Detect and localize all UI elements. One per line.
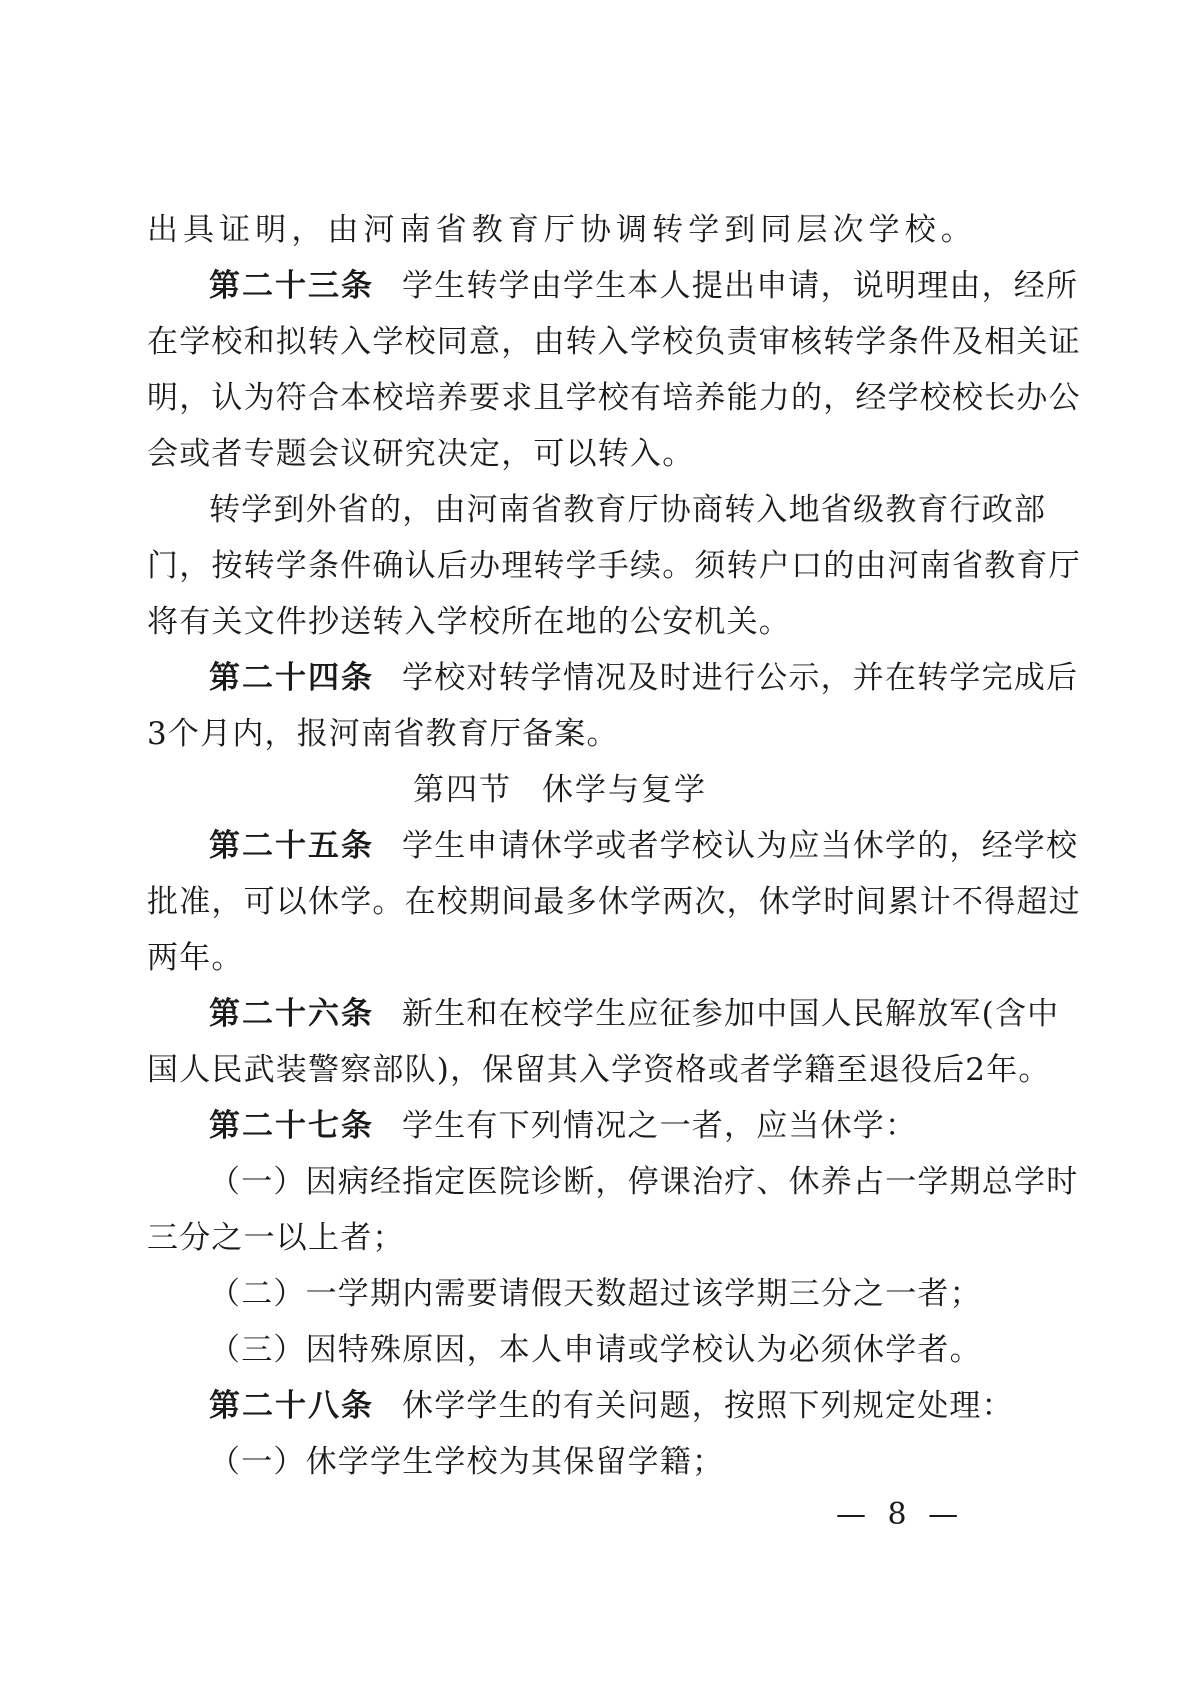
- body-text: （一）因病经指定医院诊断，停课治疗、休养占一学期总学时: [209, 1164, 1078, 1200]
- body-text: 将有关文件抄送转入学校所在地的公安机关。: [147, 604, 791, 640]
- body-text: 三分之一以上者；: [147, 1220, 405, 1256]
- article-24-line: 第二十四条学校对转学情况及时进行公示，并在转学完成后: [147, 650, 973, 706]
- article-number: 第二十六条: [209, 996, 374, 1032]
- page-number: — 8 —: [836, 1495, 964, 1535]
- list-item-line: （一）休学学生学校为其保留学籍；: [147, 1434, 973, 1490]
- article-number: 第二十三条: [209, 268, 374, 304]
- list-item-line: （二）一学期内需要请假天数超过该学期三分之一者；: [147, 1266, 973, 1322]
- paragraph-line: 3个月内，报河南省教育厅备案。: [147, 706, 973, 762]
- paragraph-line: 出具证明，由河南省教育厅协调转学到同层次学校。: [147, 202, 973, 258]
- paragraph-line: 明，认为符合本校培养要求且学校有培养能力的，经学校校长办公: [147, 370, 973, 426]
- body-text: 3个月内，报河南省教育厅备案。: [147, 716, 619, 752]
- article-number: 第二十五条: [209, 828, 374, 864]
- paragraph-line: 两年。: [147, 930, 973, 986]
- paragraph-line: 将有关文件抄送转入学校所在地的公安机关。: [147, 594, 973, 650]
- document-page: 出具证明，由河南省教育厅协调转学到同层次学校。 第二十三条学生转学由学生本人提出…: [147, 202, 973, 1490]
- body-text: 新生和在校学生应征参加中国人民解放军(含中: [402, 996, 1059, 1032]
- body-text: 学校对转学情况及时进行公示，并在转学完成后: [402, 660, 1078, 696]
- body-text: 两年。: [147, 940, 244, 976]
- paragraph-line: 会或者专题会议研究决定，可以转入。: [147, 426, 973, 482]
- section-title: 第四节: [413, 772, 512, 808]
- article-number: 第二十八条: [209, 1388, 374, 1424]
- paragraph-line: 三分之一以上者；: [147, 1210, 973, 1266]
- list-item-line: （三）因特殊原因，本人申请或学校认为必须休学者。: [147, 1322, 973, 1378]
- body-text: 学生申请休学或者学校认为应当休学的，经学校: [402, 828, 1078, 864]
- body-text: （三）因特殊原因，本人申请或学校认为必须休学者。: [209, 1332, 982, 1368]
- body-text: 明，认为符合本校培养要求且学校有培养能力的，经学校校长办公: [147, 380, 1081, 416]
- list-item-line: （一）因病经指定医院诊断，停课治疗、休养占一学期总学时: [147, 1154, 973, 1210]
- section-subtitle: 休学与复学: [542, 772, 707, 808]
- body-text: 学生有下列情况之一者，应当休学：: [402, 1108, 917, 1144]
- article-25-line: 第二十五条学生申请休学或者学校认为应当休学的，经学校: [147, 818, 973, 874]
- article-28-line: 第二十八条休学学生的有关问题，按照下列规定处理：: [147, 1378, 973, 1434]
- body-text: 批准，可以休学。在校期间最多休学两次，休学时间累计不得超过: [147, 884, 1081, 920]
- body-text: 学生转学由学生本人提出申请，说明理由，经所: [402, 268, 1078, 304]
- article-number: 第二十四条: [209, 660, 374, 696]
- body-text: （一）休学学生学校为其保留学籍；: [209, 1444, 724, 1480]
- body-text: 出具证明，由河南省教育厅协调转学到同层次学校。: [147, 212, 973, 248]
- paragraph-line: 转学到外省的，由河南省教育厅协商转入地省级教育行政部: [147, 482, 973, 538]
- paragraph-line: 在学校和拟转入学校同意，由转入学校负责审核转学条件及相关证: [147, 314, 973, 370]
- paragraph-line: 批准，可以休学。在校期间最多休学两次，休学时间累计不得超过: [147, 874, 973, 930]
- article-23-line: 第二十三条学生转学由学生本人提出申请，说明理由，经所: [147, 258, 973, 314]
- body-text: 休学学生的有关问题，按照下列规定处理：: [402, 1388, 1014, 1424]
- paragraph-line: 门，按转学条件确认后办理转学手续。须转户口的由河南省教育厅: [147, 538, 973, 594]
- article-number: 第二十七条: [209, 1108, 374, 1144]
- body-text: 在学校和拟转入学校同意，由转入学校负责审核转学条件及相关证: [147, 324, 1081, 360]
- body-text: （二）一学期内需要请假天数超过该学期三分之一者；: [209, 1276, 982, 1312]
- paragraph-line: 国人民武装警察部队)，保留其入学资格或者学籍至退役后2年。: [147, 1042, 973, 1098]
- body-text: 国人民武装警察部队)，保留其入学资格或者学籍至退役后2年。: [147, 1052, 1051, 1088]
- body-text: 门，按转学条件确认后办理转学手续。须转户口的由河南省教育厅: [147, 548, 1081, 584]
- section-heading: 第四节休学与复学: [147, 762, 973, 818]
- article-27-line: 第二十七条学生有下列情况之一者，应当休学：: [147, 1098, 973, 1154]
- article-26-line: 第二十六条新生和在校学生应征参加中国人民解放军(含中: [147, 986, 973, 1042]
- body-text: 会或者专题会议研究决定，可以转入。: [147, 436, 694, 472]
- body-text: 转学到外省的，由河南省教育厅协商转入地省级教育行政部: [209, 492, 1046, 528]
